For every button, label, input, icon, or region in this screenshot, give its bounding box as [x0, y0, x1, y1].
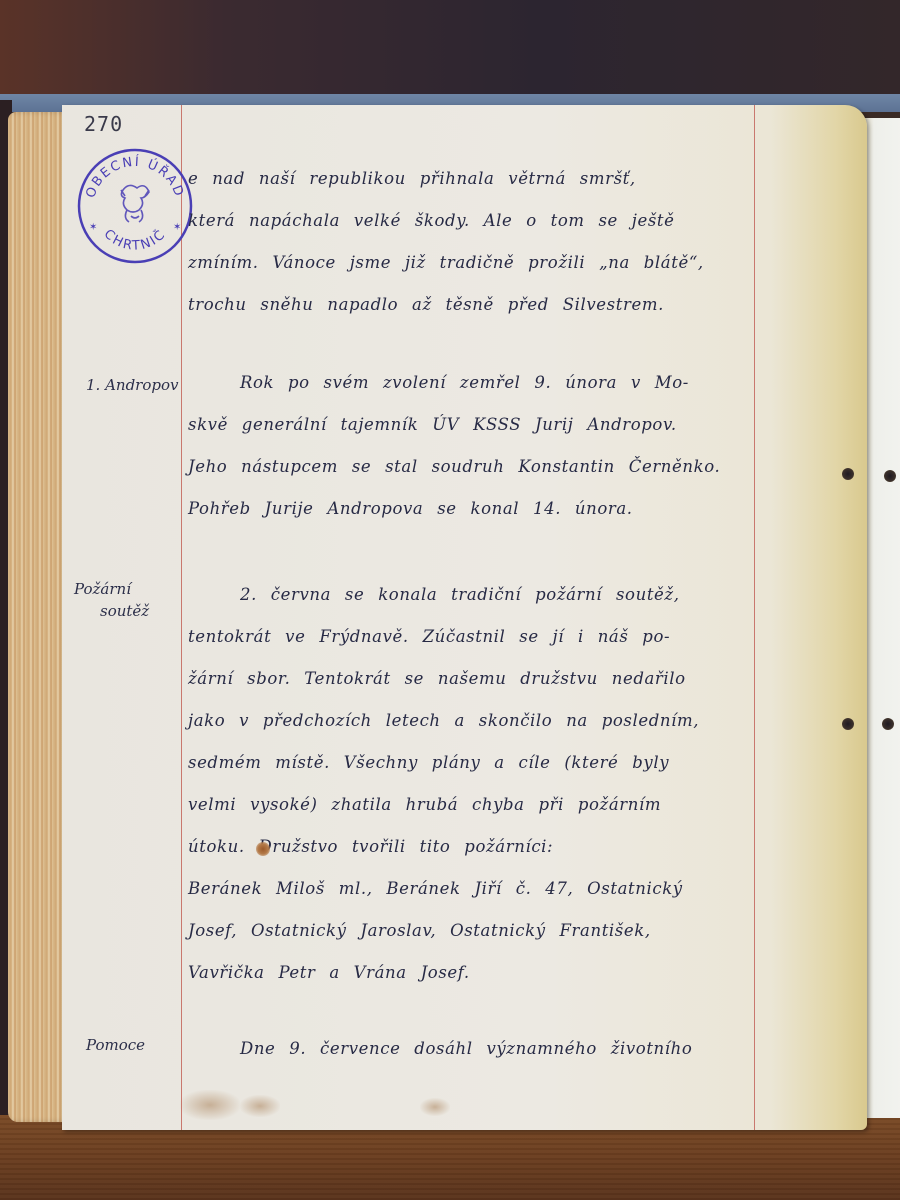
margin-note-fire-competition-2: soutěž	[100, 600, 149, 622]
water-stain	[240, 1095, 280, 1117]
text-line: útoku. Družstvo tvořili tito požárníci:	[188, 826, 748, 868]
binder-hole	[884, 470, 896, 482]
text-line: Beránek Miloš ml., Beránek Jiří č. 47, O…	[188, 868, 748, 910]
binder-hole	[842, 468, 854, 480]
background-top	[0, 0, 900, 100]
margin-rule-right	[754, 105, 755, 1130]
ink-stain	[256, 842, 270, 856]
page-edges-stack	[8, 112, 70, 1122]
text-line: zmíním. Vánoce jsme již tradičně prožili…	[188, 242, 748, 284]
text-line: která napáchala velké škody. Ale o tom s…	[188, 200, 748, 242]
facing-page-edge	[862, 118, 900, 1118]
text-line: skvě generální tajemník ÚV KSSS Jurij An…	[188, 404, 748, 446]
text-line: Jeho nástupcem se stal soudruh Konstanti…	[188, 446, 748, 488]
text-line: 2. června se konala tradiční požární sou…	[188, 574, 748, 616]
binder-hole	[882, 718, 894, 730]
text-line: Rok po svém zvolení zemřel 9. února v Mo…	[188, 362, 748, 404]
margin-note-fire-competition-1: Požární	[74, 578, 131, 600]
text-line: Josef, Ostatnický Jaroslav, Ostatnický F…	[188, 910, 748, 952]
svg-text:✶: ✶	[89, 222, 97, 233]
paragraph-weather: e nad naší republikou přihnala větrná sm…	[188, 158, 748, 326]
water-stain	[180, 1090, 240, 1120]
municipal-stamp: OBECNÍ ÚŘAD CHRTNIČ ✶ ✶	[75, 146, 195, 266]
text-line: trochu sněhu napadlo až těsně před Silve…	[188, 284, 748, 326]
margin-note-help: Pomoce	[86, 1034, 145, 1056]
text-line: sedmém místě. Všechny plány a cíle (kter…	[188, 742, 748, 784]
text-line: tentokrát ve Frýdnavě. Zúčastnil se jí i…	[188, 616, 748, 658]
paragraph-andropov: Rok po svém zvolení zemřel 9. února v Mo…	[188, 362, 748, 530]
svg-text:OBECNÍ ÚŘAD: OBECNÍ ÚŘAD	[83, 154, 186, 200]
text-line: jako v předchozích letech a skončilo na …	[188, 700, 748, 742]
text-line: e nad naší republikou přihnala větrná sm…	[188, 158, 748, 200]
stamp-seal-icon: OBECNÍ ÚŘAD CHRTNIČ ✶ ✶	[75, 146, 195, 266]
text-line: Vavřička Petr a Vrána Josef.	[188, 952, 748, 994]
page-number: 270	[84, 112, 123, 136]
paragraph-fire-competition: 2. června se konala tradiční požární sou…	[188, 574, 748, 994]
text-line: Dne 9. července dosáhl významného životn…	[188, 1028, 748, 1070]
text-line: žární sbor. Tentokrát se našemu družstvu…	[188, 658, 748, 700]
text-line: velmi vysoké) zhatila hrubá chyba při po…	[188, 784, 748, 826]
svg-text:✶: ✶	[173, 222, 181, 233]
water-stain	[420, 1098, 450, 1116]
text-line: Pohřeb Jurije Andropova se konal 14. úno…	[188, 488, 748, 530]
binder-hole	[842, 718, 854, 730]
margin-note-andropov: 1. Andropov	[86, 374, 178, 396]
svg-text:CHRTNIČ: CHRTNIČ	[101, 226, 170, 254]
paragraph-anniversary: Dne 9. července dosáhl významného životn…	[188, 1028, 748, 1070]
